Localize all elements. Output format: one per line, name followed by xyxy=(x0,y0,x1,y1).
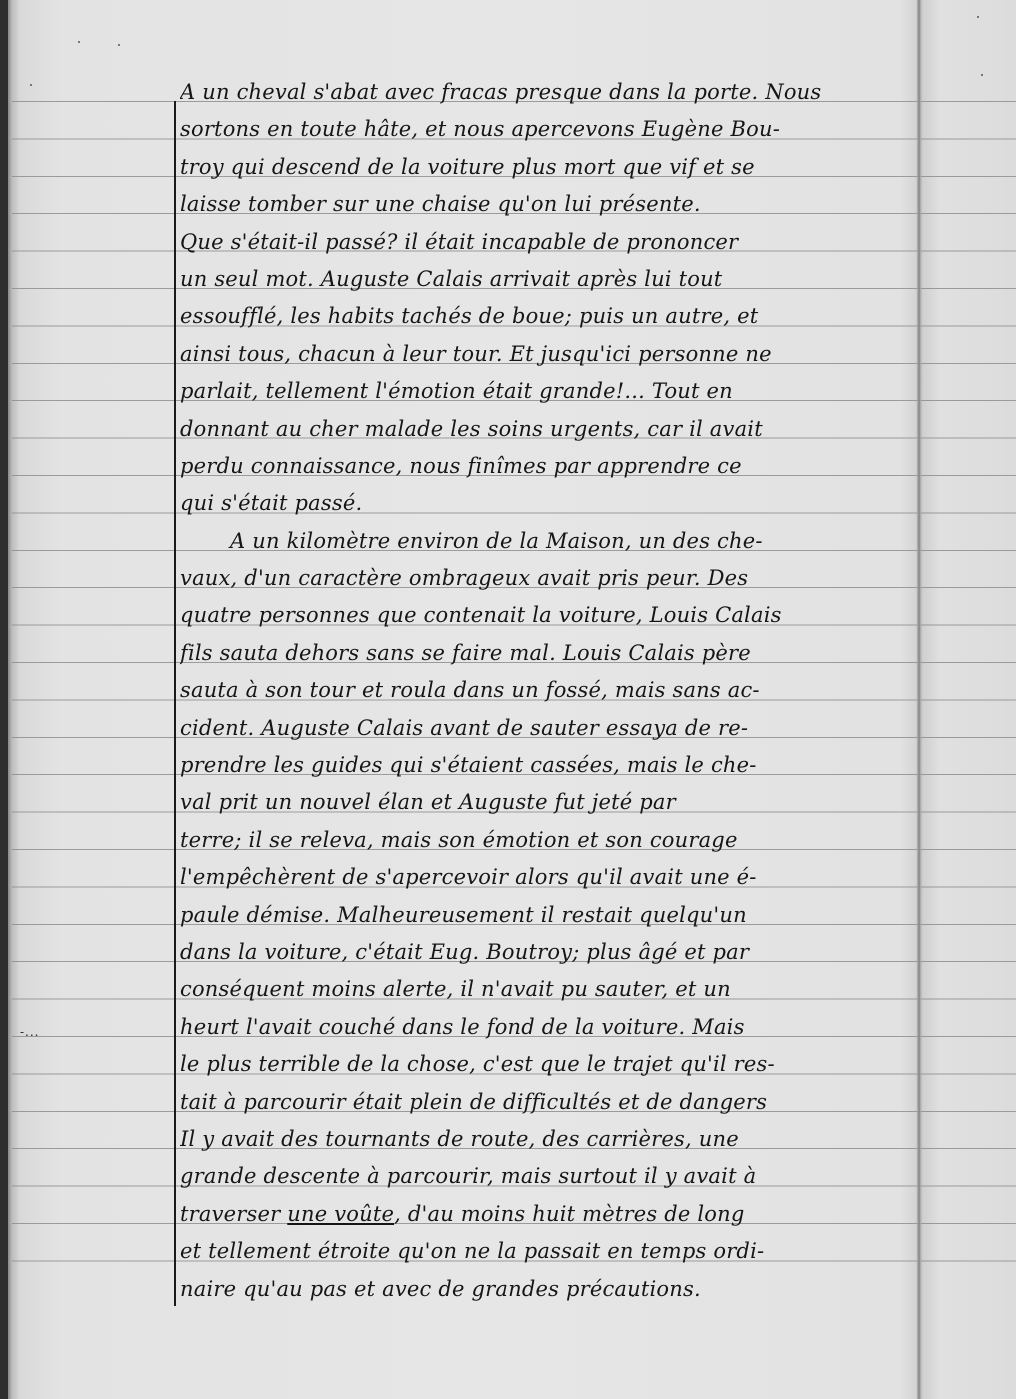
manuscript-text: A un cheval s'abat avec fracas presque d… xyxy=(180,74,910,1308)
underlined-phrase: une voûte xyxy=(287,1202,394,1226)
text-line: perdu connaissance, nous finîmes par app… xyxy=(180,448,910,485)
text-line: conséquent moins alerte, il n'avait pu s… xyxy=(180,971,910,1008)
text-line: A un kilomètre environ de la Maison, un … xyxy=(180,523,910,560)
text-line: ainsi tous, chacun à leur tour. Et jusqu… xyxy=(180,336,910,373)
text-line: et tellement étroite qu'on ne la passait… xyxy=(180,1233,910,1270)
text-line: un seul mot. Auguste Calais arrivait apr… xyxy=(180,261,910,298)
binding-edge xyxy=(0,0,8,1399)
margin-rule xyxy=(174,101,176,1306)
text-line: qui s'était passé. xyxy=(180,485,910,522)
paragraph-1: A un cheval s'abat avec fracas presque d… xyxy=(180,74,910,523)
text-line: le plus terrible de la chose, c'est que … xyxy=(180,1046,910,1083)
text-line: essoufflé, les habits tachés de boue; pu… xyxy=(180,298,910,335)
text-line: paule démise. Malheureusement il restait… xyxy=(180,897,910,934)
text-line: prendre les guides qui s'étaient cassées… xyxy=(180,747,910,784)
paper-speck xyxy=(118,44,120,46)
text-line: sauta à son tour et roula dans un fossé,… xyxy=(180,672,910,709)
page-fold xyxy=(917,0,921,1399)
text-line: troy qui descend de la voiture plus mort… xyxy=(180,149,910,186)
text-line: Il y avait des tournants de route, des c… xyxy=(180,1121,910,1158)
text-line: fils sauta dehors sans se faire mal. Lou… xyxy=(180,635,910,672)
text-line: l'empêchèrent de s'apercevoir alors qu'i… xyxy=(180,859,910,896)
text-line: quatre personnes que contenait la voitur… xyxy=(180,597,910,634)
text-line: val prit un nouvel élan et Auguste fut j… xyxy=(180,784,910,821)
margin-annotation: -... xyxy=(20,1025,40,1039)
text-line: donnant au cher malade les soins urgents… xyxy=(180,411,910,448)
text-line: dans la voiture, c'était Eug. Boutroy; p… xyxy=(180,934,910,971)
paper-speck xyxy=(78,41,80,43)
paper-speck xyxy=(30,84,32,86)
paper-speck xyxy=(981,74,983,76)
text-line: cident. Auguste Calais avant de sauter e… xyxy=(180,710,910,747)
paper-speck xyxy=(977,16,979,18)
text-line-underlined: traverser une voûte, d'au moins huit mèt… xyxy=(180,1196,910,1233)
text-line: vaux, d'un caractère ombrageux avait pri… xyxy=(180,560,910,597)
text-line: sortons en toute hâte, et nous apercevon… xyxy=(180,111,910,148)
text-line: grande descente à parcourir, mais surtou… xyxy=(180,1158,910,1195)
manuscript-page: -... A un cheval s'abat avec fracas pres… xyxy=(0,0,1016,1399)
text-line: tait à parcourir était plein de difficul… xyxy=(180,1084,910,1121)
text-line: A un cheval s'abat avec fracas presque d… xyxy=(180,74,910,111)
text-line: naire qu'au pas et avec de grandes préca… xyxy=(180,1271,910,1308)
text-line: Que s'était-il passé? il était incapable… xyxy=(180,224,910,261)
paragraph-2: A un kilomètre environ de la Maison, un … xyxy=(180,523,910,1308)
text-line: parlait, tellement l'émotion était grand… xyxy=(180,373,910,410)
text-line: terre; il se releva, mais son émotion et… xyxy=(180,822,910,859)
text-line: heurt l'avait couché dans le fond de la … xyxy=(180,1009,910,1046)
text-line: laisse tomber sur une chaise qu'on lui p… xyxy=(180,186,910,223)
